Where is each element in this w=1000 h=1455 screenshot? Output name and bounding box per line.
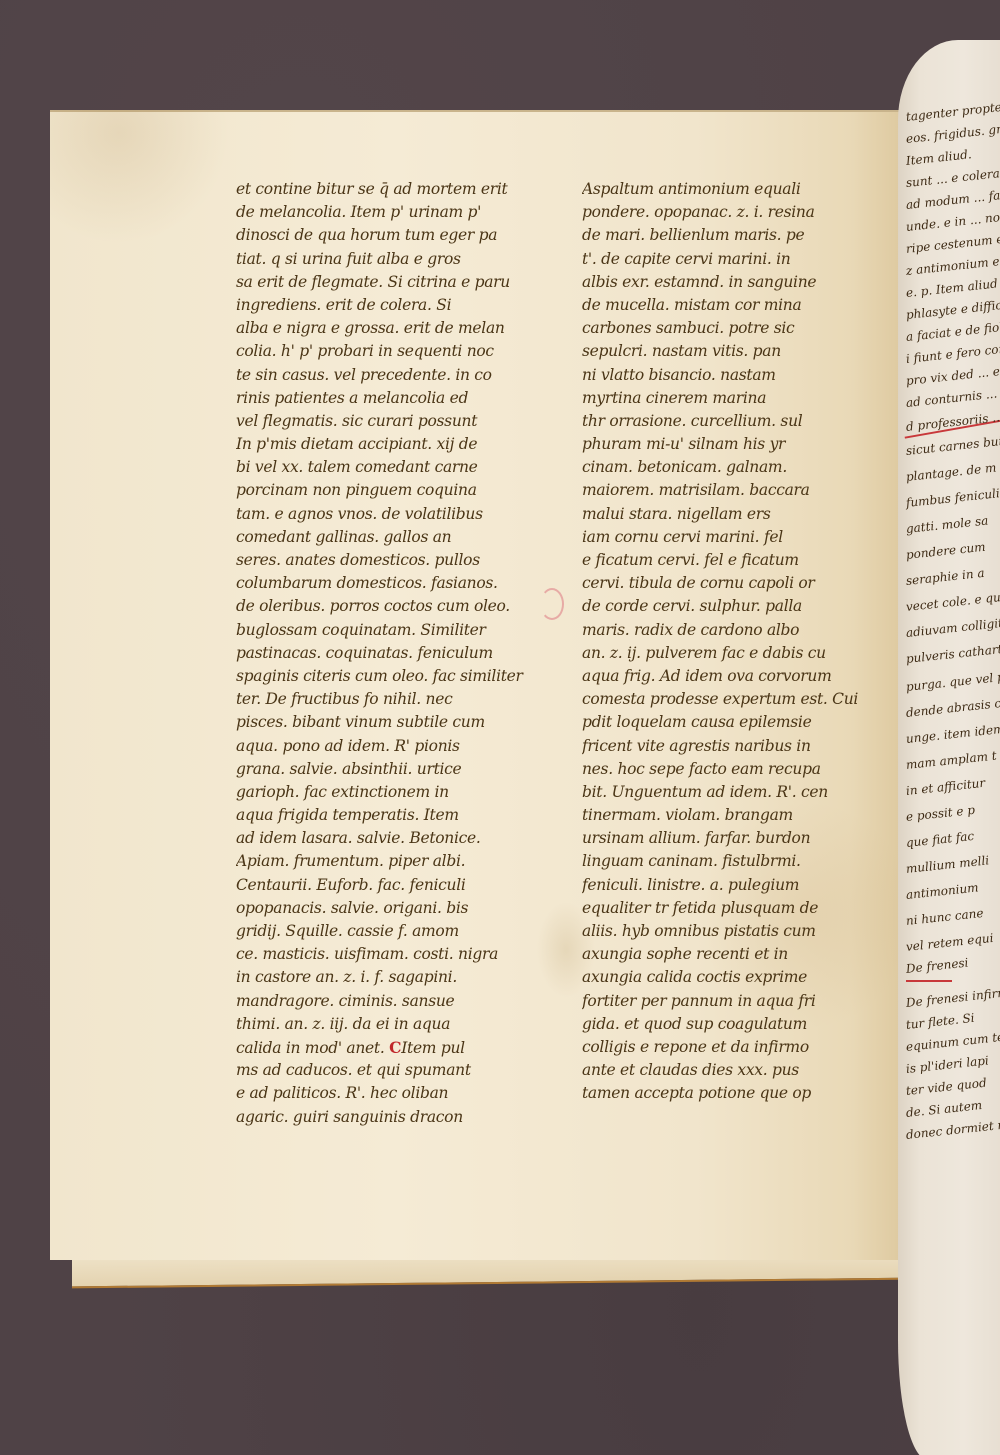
facing-line: ad modum ... facit (905, 187, 1000, 212)
text-line: albis exr. estamnd. in sanguine (582, 271, 882, 294)
text-segment: calida in mod' anet. (236, 1039, 385, 1057)
facing-line: donec dormiet no (905, 1117, 1000, 1142)
facing-line: Item aliud. (905, 143, 1000, 168)
facing-line: tagenter propter (905, 99, 1000, 124)
text-line: ad idem lasara. salvie. Betonice. (236, 827, 556, 850)
facing-line: phlasyte e difficiles (905, 297, 1000, 322)
text-line: buglossam coquinatam. Similiter (236, 619, 556, 642)
text-line: sa erit de flegmate. Si citrina e paru (236, 271, 556, 294)
text-line: e ad paliticos. R'. hec oliban (236, 1082, 556, 1105)
facing-line: gatti. mole sa (905, 511, 1000, 536)
text-line: gida. et quod sup coagulatum (582, 1013, 882, 1036)
text-line: comedant gallinas. gallos an (236, 526, 556, 549)
text-line: te sin casus. vel precedente. in co (236, 364, 556, 387)
text-line: myrtina cinerem marina (582, 387, 882, 410)
text-line: de melancolia. Item p' urinam p' (236, 201, 556, 224)
text-line: Aspaltum antimonium equali (582, 178, 882, 201)
facing-line: d professoriis ... s (905, 409, 1000, 434)
facing-line: pro vix ded ... e (905, 363, 1000, 388)
text-line: colligis e repone et da infirmo (582, 1036, 882, 1059)
text-line: de mucella. mistam cor mina (582, 294, 882, 317)
text-line: pisces. bibant vinum subtile cum (236, 711, 556, 734)
text-line: feniculi. linistre. a. pulegium (582, 874, 882, 897)
text-line: In p'mis dietam accipiant. xij de (236, 433, 556, 456)
text-line: phuram mi-u' silnam his yr (582, 433, 882, 456)
facing-line: tur flete. Si (905, 1007, 1000, 1032)
text-line: comesta prodesse expertum est. Cui (582, 688, 882, 711)
text-line: dinosci de qua horum tum eger pa (236, 224, 556, 247)
text-line: vel flegmatis. sic curari possunt (236, 410, 556, 433)
facing-line: unde. e in ... non cap (905, 209, 1000, 234)
facing-line: pondere cum (905, 537, 1000, 562)
text-line: colia. h' p' probari in sequenti noc (236, 340, 556, 363)
facing-line: vel retem equi (905, 929, 1000, 954)
text-line: bi vel xx. talem comedant carne (236, 456, 556, 479)
text-line: tinermam. violam. brangam (582, 804, 882, 827)
facing-line: i fiunt e fero comm (905, 341, 1000, 366)
text-line: sepulcri. nastam vitis. pan (582, 340, 882, 363)
facing-line: seraphie in a (905, 563, 1000, 588)
facing-line: unge. item idem (905, 721, 1000, 746)
facing-line: a faciat e de fiobere (905, 319, 1000, 344)
text-line: thimi. an. z. iij. da ei in aqua (236, 1013, 556, 1036)
text-line: mandragore. ciminis. sansue (236, 990, 556, 1013)
facing-line: que fiat fac (905, 825, 1000, 850)
facing-line: ripe cestenum e. chol (905, 231, 1000, 256)
text-line: tam. e agnos vnos. de volatilibus (236, 503, 556, 526)
text-line: de oleribus. porros coctos cum oleo. (236, 595, 556, 618)
text-line: cinam. betonicam. galnam. (582, 456, 882, 479)
text-line: axungia sophe recenti et in (582, 943, 882, 966)
text-line: et contine bitur se q̄ ad mortem erit (236, 178, 556, 201)
left-text-column: et contine bitur se q̄ ad mortem erit de… (236, 178, 556, 1129)
text-line: iam cornu cervi marini. fel (582, 526, 882, 549)
text-line: thr orrasione. curcellium. sul (582, 410, 882, 433)
facing-line: pulveris cathartici (905, 641, 1000, 666)
text-line: spaginis citeris cum oleo. fac similiter (236, 665, 556, 688)
facing-page-curl: tagenter propter eos. frigidus. gradum I… (898, 40, 1000, 1455)
text-line: aliis. hyb omnibus pistatis cum (582, 920, 882, 943)
text-line: equaliter tr fetida plusquam de (582, 897, 882, 920)
text-line: ter. De fructibus fo nihil. nec (236, 688, 556, 711)
text-line: rinis patientes a melancolia ed (236, 387, 556, 410)
text-line: aqua frigida temperatis. Item (236, 804, 556, 827)
text-line: axungia calida coctis exprime (582, 966, 882, 989)
text-line: cervi. tibula de cornu capoli or (582, 572, 882, 595)
facing-line: ni hunc cane (905, 903, 1000, 928)
rubric-initial: C (389, 1038, 401, 1057)
text-line: ante et claudas dies xxx. pus (582, 1059, 882, 1082)
text-line: t'. de capite cervi marini. in (582, 248, 882, 271)
facing-line: equinum cum te (905, 1029, 1000, 1054)
facing-line: fumbus feniculi (905, 485, 1000, 510)
facing-line: e possit e p (905, 799, 1000, 824)
text-line: malui stara. nigellam ers (582, 503, 882, 526)
text-line: alba e nigra e grossa. erit de melan (236, 317, 556, 340)
facing-line: sunt ... e coleram (905, 165, 1000, 190)
text-line: aqua frig. Ad idem ova corvorum (582, 665, 882, 688)
facing-line: mullium melli (905, 851, 1000, 876)
text-line: grana. salvie. absinthii. urtice (236, 758, 556, 781)
text-line: ursinam allium. farfar. burdon (582, 827, 882, 850)
facing-line: eos. frigidus. gradum (905, 121, 1000, 146)
facing-line: antimonium (905, 877, 1000, 902)
text-line: carbones sambuci. potre sic (582, 317, 882, 340)
facing-line: ter vide quod (905, 1073, 1000, 1098)
text-line: fortiter per pannum in aqua fri (582, 990, 882, 1013)
text-line: nes. hoc sepe facto eam recupa (582, 758, 882, 781)
text-line: ni vlatto bisancio. nastam (582, 364, 882, 387)
facing-line: ad conturnis ... fr (905, 385, 1000, 410)
text-line: ms ad caducos. et qui spumant (236, 1059, 556, 1082)
text-line: maiorem. matrisilam. baccara (582, 479, 882, 502)
text-line: ingrediens. erit de colera. Si (236, 294, 556, 317)
text-line: pastinacas. coquinatas. feniculum (236, 642, 556, 665)
facing-line: in et afficitur (905, 773, 1000, 798)
facing-line: plantage. de m (905, 459, 1000, 484)
text-line: in castore an. z. i. f. sagapini. (236, 966, 556, 989)
facing-line: sicut carnes bui (905, 433, 1000, 458)
text-line: an. z. ij. pulverem fac e dabis cu (582, 642, 882, 665)
facing-line: is pl'ideri lapi (905, 1051, 1000, 1076)
text-line: bit. Unguentum ad idem. R'. cen (582, 781, 882, 804)
facing-line: De frenesi infirm (905, 985, 1000, 1010)
facing-line: vecet cole. e que (905, 589, 1000, 614)
facing-line: dende abrasis capitis (905, 695, 1000, 720)
text-line: opopanacis. salvie. origani. bis (236, 897, 556, 920)
text-line: de mari. bellienlum maris. pe (582, 224, 882, 247)
text-line: ce. masticis. uisfimam. costi. nigra (236, 943, 556, 966)
facing-rubric-heading: De frenesi (905, 951, 1000, 976)
text-line: columbarum domesticos. fasianos. (236, 572, 556, 595)
facing-line: e. p. Item aliud (905, 275, 1000, 300)
text-line: maris. radix de cardono albo (582, 619, 882, 642)
text-line: fricent vite agrestis naribus in (582, 735, 882, 758)
text-line: de corde cervi. sulphur. palla (582, 595, 882, 618)
text-line: seres. anates domesticos. pullos (236, 549, 556, 572)
red-underline (906, 980, 952, 982)
text-segment: Item pul (401, 1039, 465, 1057)
text-line: porcinam non pinguem coquina (236, 479, 556, 502)
text-line: pondere. opopanac. z. i. resina (582, 201, 882, 224)
facing-line: purga. que vel posit (905, 669, 1000, 694)
text-line: agaric. guiri sanguinis dracon (236, 1106, 556, 1129)
text-line: gridij. Squille. cassie f. amom (236, 920, 556, 943)
text-line-with-rubric: calida in mod' anet. CItem pul (236, 1036, 556, 1059)
text-line: tamen accepta potione que op (582, 1082, 882, 1105)
text-line: e ficatum cervi. fel e ficatum (582, 549, 882, 572)
text-line: linguam caninam. fistulbrmi. (582, 850, 882, 873)
facing-line: mam amplam t (905, 747, 1000, 772)
text-line: Apiam. frumentum. piper albi. (236, 850, 556, 873)
facing-line: adiuvam colligit (905, 615, 1000, 640)
right-text-column: Aspaltum antimonium equali pondere. opop… (582, 178, 882, 1106)
text-line: tiat. q si urina fuit alba e gros (236, 248, 556, 271)
text-line: aqua. pono ad idem. R' pionis (236, 735, 556, 758)
facing-line: de. Si autem (905, 1095, 1000, 1120)
text-line: pdit loquelam causa epilemsie (582, 711, 882, 734)
facing-line: z antimonium equali (905, 253, 1000, 278)
text-line: garioph. fac extinctionem in (236, 781, 556, 804)
text-line: Centaurii. Euforb. fac. feniculi (236, 874, 556, 897)
